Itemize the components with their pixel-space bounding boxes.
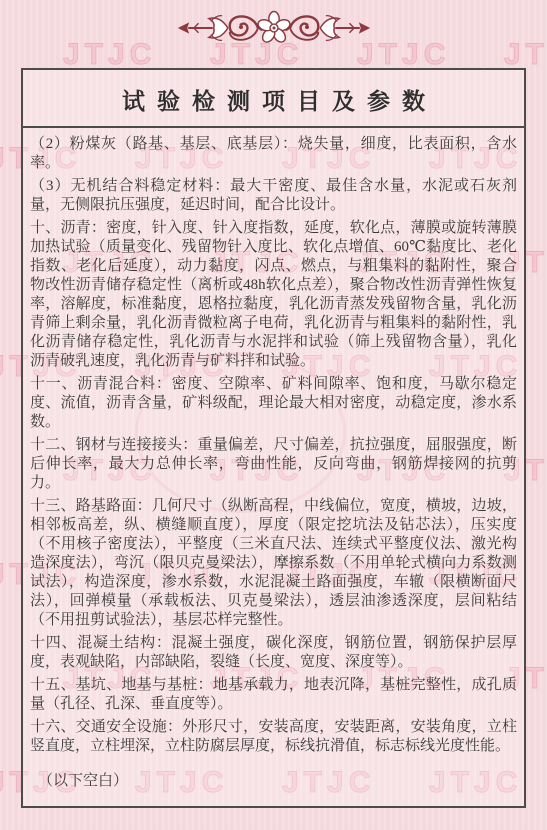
floral-scroll-ornament-icon (175, 7, 373, 49)
paragraph-steel-joints: 十二、钢材与连接接头：重量偏差，尺寸偏差，抗拉强度，屈服强度，断后伸长率，最大力… (30, 436, 517, 493)
paragraph-foundation-piles: 十五、基坑、地基与基桩：地基承载力，地表沉降，基桩完整性，成孔质量（孔径、孔深、… (30, 676, 517, 714)
watermark-text: JTJC (504, 40, 547, 70)
paragraph-asphalt: 十、沥青：密度，针入度、针入度指数，延度，软化点，薄膜或旋转薄膜加热试验（质量变… (30, 219, 517, 371)
content-frame: 试验检测项目及参数 （2）粉煤灰（路基、基层、底基层）：烧失量，细度，比表面积，… (21, 68, 526, 808)
body-text: （2）粉煤灰（路基、基层、底基层）：烧失量，细度，比表面积，含水率。 （3）无机… (23, 128, 524, 791)
paragraph-asphalt-mixture: 十一、沥青混合料：密度、空隙率、矿料间隙率、饱和度，马歇尔稳定度、流值，沥青含量… (30, 375, 517, 432)
paragraph-subgrade-pavement: 十三、路基路面：几何尺寸（纵断高程，中线偏位，宽度，横坡，边坡，相邻板高差，纵、… (30, 497, 517, 630)
paragraph-fly-ash: （2）粉煤灰（路基、基层、底基层）：烧失量，细度，比表面积，含水率。 (30, 135, 517, 173)
blank-below-note: （以下空白） (30, 772, 517, 791)
document-page: JTJCJTJCJTJCJTJCJTJCJTJCJTJCJTJCJTJCJTJC… (0, 0, 547, 830)
paragraph-traffic-safety: 十六、交通安全设施：外形尺寸，安装高度，安装距离，安装角度，立柱竖直度，立柱埋深… (30, 718, 517, 756)
paragraph-concrete-structure: 十四、混凝土结构：混凝土强度，碳化深度，钢筋位置，钢筋保护层厚度，表观缺陷，内部… (30, 634, 517, 672)
watermark-text: JTJC (63, 40, 156, 70)
page-title: 试验检测项目及参数 (23, 70, 524, 128)
paragraph-inorganic-binder: （3）无机结合料稳定材料：最大干密度、最佳含水量，水泥或石灰剂量，无侧限抗压强度… (30, 177, 517, 215)
